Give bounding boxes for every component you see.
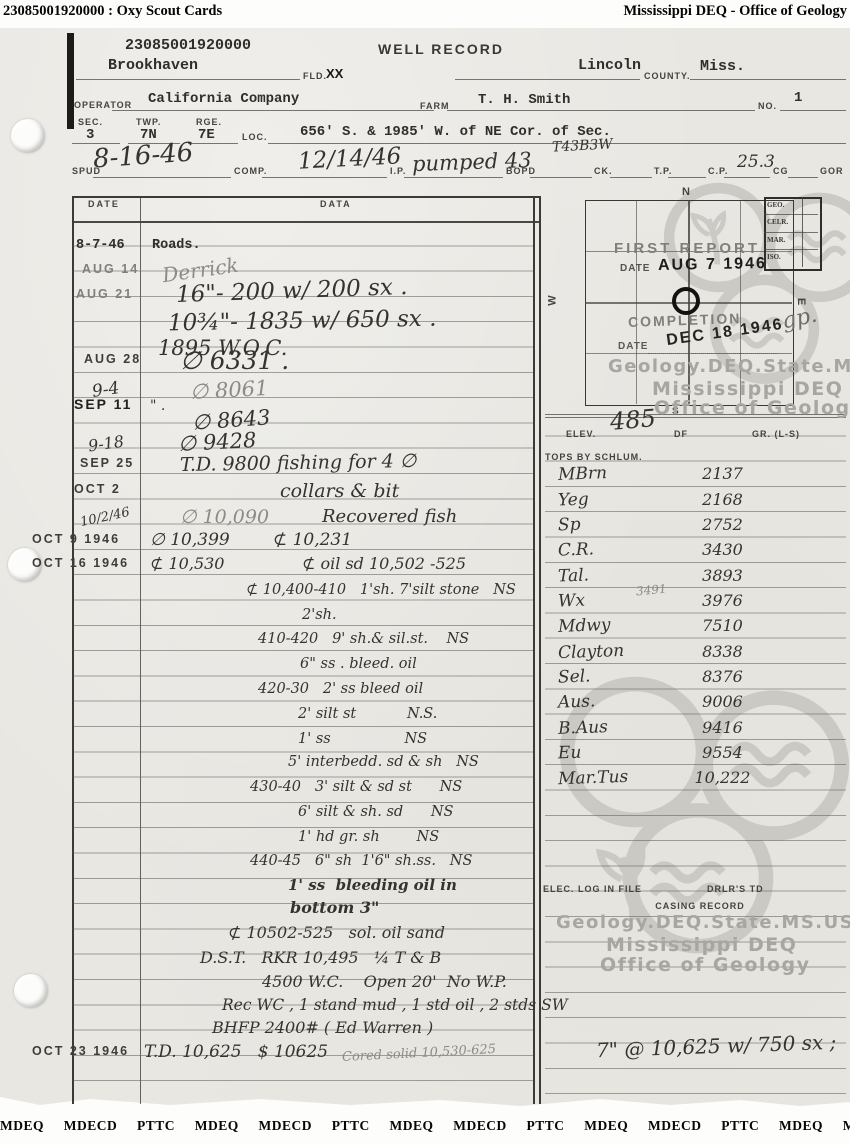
first-report-date-label: DATE (620, 263, 650, 274)
log-text: ⊄ 10,530 (150, 554, 224, 573)
map-west-label: W (547, 294, 559, 305)
log-text: ∅ 10,090 (180, 506, 269, 528)
log-text: Rec WC , 1 stand mud , 1 std oil , 2 std… (222, 996, 568, 1014)
elev-value: 485 (609, 404, 657, 436)
cg-underline (724, 177, 770, 178)
tp-label: T.P. (654, 166, 672, 176)
operator-label: OPERATOR (74, 100, 132, 110)
panel-divider-line-1 (533, 196, 535, 1104)
form-title: WELL RECORD (378, 41, 504, 57)
log-text: 410-420 9' sh.& sil.st. NS (258, 631, 469, 647)
top-name: MBrn (558, 463, 608, 485)
gor-underline (788, 177, 818, 178)
county-label: COUNTY. (644, 71, 691, 81)
top-name: Yeg (558, 489, 589, 510)
log-date: SEP 25 (80, 456, 134, 470)
index-box-line (764, 249, 818, 250)
watermark-line: Mississippi DEQ (606, 934, 797, 956)
viewer-header-right: Mississippi DEQ - Office of Geology (623, 3, 847, 20)
watermark-line: Geology.DEQ.State.MS.US (556, 912, 850, 933)
watermark-line: Geology.DEQ.State.MS.US (608, 356, 850, 377)
top-depth: 8338 (655, 642, 790, 661)
index-row-label: MAR. (767, 236, 785, 244)
scanned-scout-card-page: 23085001920000 : Oxy Scout Cards Mississ… (0, 0, 850, 1143)
log-text: ∅ 10,399 ⊄ 10,231 (150, 530, 352, 550)
top-depth: 2168 (655, 490, 790, 509)
panel-divider-line-2 (539, 196, 541, 1104)
well-no-value: 1 (794, 90, 802, 106)
first-report-stamp: FIRST REPORT (614, 240, 760, 257)
top-depth: 3430 (655, 540, 790, 559)
loc-value: 656' S. & 1985' W. of NE Cor. of Sec. (300, 124, 611, 140)
log-date: OCT 23 1946 (32, 1044, 129, 1058)
viewer-footer: MDEQ MDECD PTTC MDEQ MDECD PTTC MDEQ MDE… (0, 1118, 850, 1134)
watermark-line: Office of Geology (654, 397, 850, 419)
hole-punch (11, 119, 45, 153)
top-name: Mdwy (558, 615, 611, 637)
well-no-label: NO. (758, 101, 777, 111)
field-name-value: Brookhaven (108, 57, 198, 74)
ip-label: I.P. (390, 166, 406, 176)
table-top-border (72, 196, 540, 198)
log-date: AUG 21 (76, 287, 133, 301)
date-column-header: DATE (88, 199, 120, 209)
top-name: Aus. (558, 691, 596, 712)
log-text: ∅ 9428 (177, 428, 257, 456)
cp-value: 25.3 (737, 152, 775, 172)
completion-date-label: DATE (618, 341, 648, 352)
ck-underline (530, 177, 592, 178)
log-text: 1' ss NS (298, 731, 427, 747)
log-text: 10¾"- 1835 w/ 650 sx . (168, 306, 437, 337)
bopd-label: BOPD (506, 166, 536, 176)
top-depth: 7510 (655, 616, 790, 635)
top-name: Eu (558, 743, 582, 764)
log-text: 4500 W.C. Open 20' No W.P. (262, 972, 507, 991)
watermark-line: Office of Geology (600, 954, 810, 976)
ck-label: CK. (594, 166, 613, 176)
operator-value: California Company (148, 91, 299, 107)
top-name: Sel. (558, 666, 591, 687)
hole-punch (14, 974, 48, 1008)
first-report-date-stamp: AUG 7 1946 (658, 255, 767, 275)
gr-label: GR. (L-S) (752, 429, 800, 439)
rge-value: 7E (198, 127, 215, 143)
top-depth: 3893 (655, 566, 790, 585)
index-box-line (764, 214, 818, 215)
log-text: T.D. 10,625 $ 10625 (144, 1042, 328, 1062)
ip-underline (404, 177, 503, 178)
log-text: ∅ 8061 (189, 376, 269, 404)
index-row-label: GEO. (767, 201, 784, 209)
drlrs-td-label: DRLR'S TD (707, 884, 764, 894)
log-note: ⊄ oil sd 10,502 -525 (302, 554, 466, 573)
top-name: Sp (558, 515, 581, 536)
twp-label: TWP. (136, 117, 161, 127)
county-value: Lincoln (578, 57, 641, 74)
top-depth: 9554 (655, 743, 790, 762)
tp-underline (610, 177, 652, 178)
top-depth: 9006 (655, 692, 790, 711)
cp-label: C.P. (708, 166, 728, 176)
top-name: Clayton (558, 641, 625, 663)
spud-underline (93, 177, 231, 178)
state-value: Miss. (700, 58, 745, 75)
loc-label: LOC. (242, 132, 268, 142)
data-column-header: DATA (320, 199, 352, 209)
cp-underline (668, 177, 706, 178)
log-text: ⊄ 10,400-410 1'sh. 7'silt stone NS (246, 582, 516, 598)
log-text: 5' interbedd. sd & sh NS (288, 754, 479, 770)
log-text: Roads. (152, 238, 201, 253)
rge-label: RGE. (196, 117, 222, 127)
log-text: 2'sh. (302, 607, 337, 623)
top-name: Tal. (558, 565, 590, 586)
farm-label: FARM (420, 101, 450, 111)
log-text: " . (150, 398, 165, 414)
log-date: 8-7-46 (76, 238, 125, 253)
county-underline (455, 79, 640, 80)
log-text: ∅ 6331 . (180, 346, 289, 375)
log-text: bottom 3" (290, 898, 379, 917)
top-depth: 2137 (655, 464, 790, 483)
log-date: OCT 9 1946 (32, 532, 120, 546)
log-text: 440-45 6" sh 1'6" sh.ss. NS (250, 853, 472, 869)
log-note: Recovered fish (322, 506, 457, 527)
tops-label: TOPS BY SCHLUM. (545, 452, 643, 462)
farm-underline (447, 110, 755, 111)
log-date: AUG 14 (82, 262, 139, 276)
log-text: ⊄ 10502-525 sol. oil sand (228, 923, 445, 942)
sec-value: 3 (86, 127, 94, 143)
log-text: 6' silt & sh. sd NS (298, 804, 454, 820)
elec-log-label: ELEC. LOG IN FILE (543, 884, 642, 894)
top-depth: 10,222 (655, 768, 790, 787)
sec-label: SEC. (78, 117, 103, 127)
top-name: Wx (558, 591, 586, 612)
map-north-label: N (682, 186, 691, 198)
log-text: D.S.T. RKR 10,495 ¼ T & B (200, 948, 441, 967)
top-depth: 3976 (655, 591, 790, 610)
top-depth: 2752 (655, 515, 790, 534)
comp-label: COMP. (234, 166, 267, 176)
log-text: 1' hd gr. sh NS (298, 829, 439, 845)
index-box-line (764, 232, 818, 233)
log-text: collars & bit (280, 480, 399, 502)
ip-annotation: T43B3W (552, 136, 614, 155)
top-depth: 9416 (655, 718, 790, 737)
cg-label: CG (773, 166, 789, 176)
api-number: 23085001920000 (125, 37, 251, 54)
top-name: Mar.Tus (558, 767, 629, 789)
casing-record-label: CASING RECORD (600, 901, 800, 911)
log-text: 430-40 3' silt & sd st NS (250, 779, 462, 795)
log-text: 6" ss . bleed. oil (300, 656, 417, 672)
comp-underline (262, 177, 387, 178)
log-text: 2' silt st N.S. (298, 706, 437, 722)
log-text: 1' ss bleeding oil in (288, 876, 457, 894)
gor-label: GOR (820, 166, 844, 176)
operator-underline (112, 110, 434, 111)
farm-value: T. H. Smith (478, 92, 570, 108)
completion-date-line (648, 352, 778, 354)
index-row-label: ISO. (767, 253, 781, 261)
state-underline (690, 79, 846, 80)
top-depth: 8376 (655, 667, 790, 686)
fld-overstrike-mark: XX (326, 66, 343, 81)
elev-label: ELEV. (566, 429, 596, 439)
fld-label: FLD. (303, 71, 327, 81)
index-row-label: CELR. (767, 218, 788, 226)
log-text: BHFP 2400# ( Ed Warren ) (212, 1018, 433, 1037)
log-date: SEP 11 (74, 396, 132, 412)
log-text: T.D. 9800 fishing for 4 ∅ (180, 450, 417, 476)
viewer-header-left: 23085001920000 : Oxy Scout Cards (3, 3, 222, 20)
log-date: OCT 16 1946 (32, 556, 129, 570)
df-label: DF (674, 429, 688, 439)
comp-value: 12/14/46 (297, 143, 402, 174)
top-name: B.Aus (558, 717, 609, 739)
well-no-underline (780, 110, 846, 111)
rge-underline (188, 143, 238, 144)
field-underline (76, 79, 300, 80)
log-text: 420-30 2' ss bleed oil (258, 681, 423, 697)
log-date: OCT 2 (74, 482, 121, 496)
scan-edge-artifact (67, 33, 74, 129)
top-name: C.R. (558, 539, 595, 560)
log-date: AUG 28 (84, 352, 141, 366)
